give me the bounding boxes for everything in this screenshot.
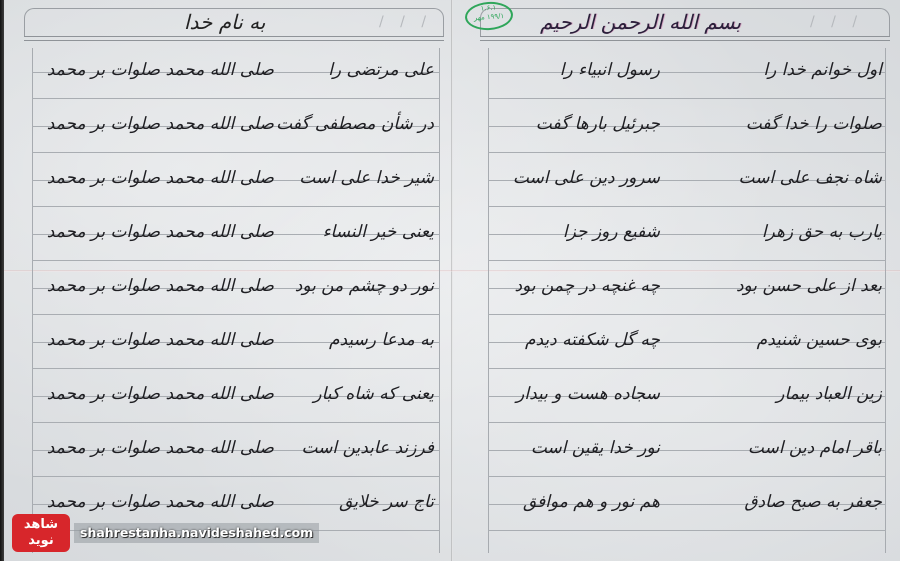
ruled-line xyxy=(488,422,886,423)
ruled-line xyxy=(488,206,886,207)
verse-row: در شأن مصطفی گفتصلی الله محمد صلوات بر م… xyxy=(24,106,444,146)
verse-row: بعد از علی حسن بودچه غنچه در چمن بود xyxy=(480,268,890,308)
verse-second-hemistich: صلی الله محمد صلوات بر محمد xyxy=(47,114,274,134)
verse-second-hemistich: چه غنچه در چمن بود xyxy=(515,276,661,296)
header-tick-marks: / / / xyxy=(379,12,432,32)
ruled-line xyxy=(32,422,440,423)
logo-text-bottom: نوید xyxy=(12,533,70,549)
ruled-line xyxy=(488,530,886,531)
verse-row: یعنی که شاه کبارصلی الله محمد صلوات بر م… xyxy=(24,376,444,416)
ruled-line xyxy=(488,260,886,261)
verse-second-hemistich: سرور دین علی است xyxy=(513,168,660,188)
verse-second-hemistich: چه گل شکفته دیدم xyxy=(525,330,660,350)
verse-row: به مدعا رسیدمصلی الله محمد صلوات بر محمد xyxy=(24,322,444,362)
ruled-line xyxy=(32,98,440,99)
verse-first-hemistich: صلوات را خدا گفت xyxy=(746,114,882,134)
ruled-line xyxy=(32,314,440,315)
verse-second-hemistich: سجاده هست و بیدار xyxy=(516,384,660,404)
watermark-url: shahrestanha.navideshahed.com xyxy=(74,523,319,543)
verse-first-hemistich: فرزند عابدین است xyxy=(302,438,435,458)
verse-first-hemistich: جعفر به صبح صادق xyxy=(744,492,882,512)
right-page-title: بسم الله الرحمن الرحیم xyxy=(540,8,741,36)
ruled-line xyxy=(488,98,886,99)
verse-row: یارب به حق زهراشفیع روز جزا xyxy=(480,214,890,254)
verse-first-hemistich: تاج سر خلایق xyxy=(339,492,434,512)
verse-row: شاه نجف علی استسرور دین علی است xyxy=(480,160,890,200)
verse-row: بوی حسین شنیدمچه گل شکفته دیدم xyxy=(480,322,890,362)
ruled-line xyxy=(32,260,440,261)
verse-first-hemistich: به مدعا رسیدم xyxy=(329,330,434,350)
verse-second-hemistich: صلی الله محمد صلوات بر محمد xyxy=(47,60,274,80)
left-page: / / / به نام خدا علی مرتضی راصلی الله مح… xyxy=(24,0,444,561)
right-page: / / / بسم الله الرحمن الرحیم اول خوانم خ… xyxy=(480,0,890,561)
verse-first-hemistich: اول خوانم خدا را xyxy=(763,60,882,80)
ruled-line xyxy=(32,368,440,369)
verse-row: زین العباد بیمارسجاده هست و بیدار xyxy=(480,376,890,416)
ruled-line xyxy=(488,314,886,315)
verse-second-hemistich: جبرئیل بارها گفت xyxy=(536,114,660,134)
ruled-line xyxy=(32,476,440,477)
verse-row: علی مرتضی راصلی الله محمد صلوات بر محمد xyxy=(24,52,444,92)
verse-row: اول خوانم خدا رارسول انبیاء را xyxy=(480,52,890,92)
verse-second-hemistich: رسول انبیاء را xyxy=(560,60,660,80)
verse-second-hemistich: صلی الله محمد صلوات بر محمد xyxy=(47,492,274,512)
verse-second-hemistich: شفیع روز جزا xyxy=(563,222,660,242)
verse-second-hemistich: صلی الله محمد صلوات بر محمد xyxy=(47,276,274,296)
site-watermark: شاهد نوید shahrestanha.navideshahed.com xyxy=(12,514,319,552)
header-rule xyxy=(480,36,890,37)
left-page-title: به نام خدا xyxy=(184,8,265,36)
verse-second-hemistich: صلی الله محمد صلوات بر محمد xyxy=(47,384,274,404)
verse-row: باقر امام دین استنور خدا یقین است xyxy=(480,430,890,470)
verse-row: یعنی خیر النساءصلی الله محمد صلوات بر مح… xyxy=(24,214,444,254)
verse-first-hemistich: در شأن مصطفی گفت xyxy=(276,114,434,134)
verse-first-hemistich: علی مرتضی را xyxy=(328,60,434,80)
verse-first-hemistich: شاه نجف علی است xyxy=(739,168,882,188)
verse-row: جعفر به صبح صادقهم نور و هم موافق xyxy=(480,484,890,524)
verse-second-hemistich: صلی الله محمد صلوات بر محمد xyxy=(47,330,274,350)
verse-second-hemistich: هم نور و هم موافق xyxy=(523,492,660,512)
verse-row: صلوات را خدا گفتجبرئیل بارها گفت xyxy=(480,106,890,146)
verse-first-hemistich: بعد از علی حسن بود xyxy=(736,276,882,296)
ruled-line xyxy=(32,206,440,207)
verse-first-hemistich: بوی حسین شنیدم xyxy=(757,330,882,350)
verse-first-hemistich: یعنی خیر النساء xyxy=(323,222,434,242)
verse-second-hemistich: صلی الله محمد صلوات بر محمد xyxy=(47,168,274,188)
ruled-line xyxy=(488,152,886,153)
verse-second-hemistich: صلی الله محمد صلوات بر محمد xyxy=(47,222,274,242)
verse-second-hemistich: نور خدا یقین است xyxy=(531,438,660,458)
verse-first-hemistich: زین العباد بیمار xyxy=(776,384,882,404)
verse-first-hemistich: یعنی که شاه کبار xyxy=(313,384,434,404)
verse-first-hemistich: باقر امام دین است xyxy=(748,438,882,458)
verse-first-hemistich: یارب به حق زهرا xyxy=(762,222,882,242)
header-rule xyxy=(480,40,890,41)
verse-row: فرزند عابدین استصلی الله محمد صلوات بر م… xyxy=(24,430,444,470)
verse-row: شیر خدا علی استصلی الله محمد صلوات بر مح… xyxy=(24,160,444,200)
verse-second-hemistich: صلی الله محمد صلوات بر محمد xyxy=(47,438,274,458)
verse-row: نور دو چشم من بودصلی الله محمد صلوات بر … xyxy=(24,268,444,308)
header-tick-marks: / / / xyxy=(810,12,863,32)
ruled-line xyxy=(488,368,886,369)
ruled-line xyxy=(32,152,440,153)
logo-text-top: شاهد xyxy=(12,517,70,533)
letter-sheet: / / / به نام خدا علی مرتضی راصلی الله مح… xyxy=(4,0,900,561)
verse-first-hemistich: نور دو چشم من بود xyxy=(295,276,434,296)
header-rule xyxy=(24,36,444,37)
navideshahed-logo: شاهد نوید xyxy=(12,514,70,552)
vertical-fold-crease xyxy=(451,0,453,561)
stamp-line-2: ۱۹۹/۱ مهر xyxy=(467,11,512,23)
ruled-line xyxy=(488,476,886,477)
header-rule xyxy=(24,40,444,41)
verse-first-hemistich: شیر خدا علی است xyxy=(299,168,434,188)
